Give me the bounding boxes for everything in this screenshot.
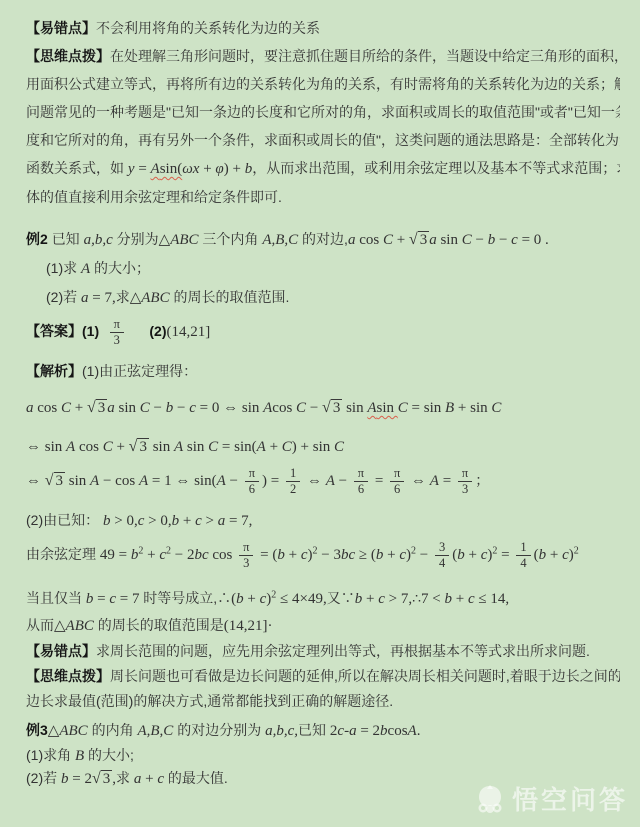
math-run: C <box>208 439 218 455</box>
example2-statement: 例2 已知 a,b,c 分别为△ABC 三个内角 A,B,C 的对边,a cos… <box>26 225 620 254</box>
math-run: C <box>398 400 408 416</box>
math-run: + <box>465 547 481 563</box>
fraction: π6 <box>354 466 368 497</box>
math-run: A,B,C <box>262 232 298 248</box>
math-run: ⇔ sin <box>26 439 66 455</box>
math-run: (14,21] <box>167 324 211 340</box>
math-run: b <box>236 591 244 607</box>
text-run: ，从而求出范围，或利用余弦定理以及基本不等式求范围；求具 <box>252 160 620 176</box>
math-run: b <box>103 513 111 529</box>
radicand: 3 <box>331 399 343 416</box>
math-run: ) = <box>262 473 283 489</box>
text-run: 三个内角 <box>199 231 263 247</box>
text-run: 当且仅当 <box>26 590 86 606</box>
text-run: 的内角 <box>88 722 138 738</box>
math-run: A <box>90 473 99 489</box>
math-run: sin( <box>160 161 183 177</box>
example3-statement: 例3△ABC 的内角 A,B,C 的对边分别为 a,b,c,已知 2c-a = … <box>26 718 620 744</box>
math-run: ⇔ <box>26 473 45 489</box>
text-run: 由余弦定理 <box>26 546 100 562</box>
math-run: A <box>81 261 90 277</box>
math-run: = 1 ⇔ sin( <box>148 473 216 489</box>
math-run: cos <box>75 439 103 455</box>
fraction-numerator: π <box>247 466 257 481</box>
radicand: 3 <box>101 770 113 787</box>
analysis-heading: 【解析】(1)由正弦定理得： <box>26 357 620 385</box>
text-run: 的周长的取值范围是 <box>94 617 224 633</box>
math-run: a <box>107 400 115 416</box>
bold-label: (2) <box>149 323 166 339</box>
math-run: sin <box>149 439 174 455</box>
math-run: = <box>371 473 387 489</box>
math-run: a <box>429 232 437 248</box>
fraction-denominator: 4 <box>435 555 449 571</box>
fraction-denominator: 6 <box>245 481 259 497</box>
math-run: C <box>103 439 113 455</box>
math-run: = 0 ⇔ sin <box>196 400 263 416</box>
math-run: + <box>285 547 301 563</box>
math-run: c <box>468 591 475 607</box>
math-run: b <box>457 547 465 563</box>
sqrt-expression: √3 <box>129 439 149 455</box>
fraction: 34 <box>435 540 449 571</box>
math-run: A <box>367 400 376 416</box>
math-run: c <box>159 547 166 563</box>
math-run: − <box>495 232 511 248</box>
math-run: b <box>172 513 180 529</box>
math-run: sin <box>115 400 140 416</box>
math-run: A <box>257 439 266 455</box>
wukong-logo-icon <box>474 783 506 815</box>
math-run: − <box>306 400 322 416</box>
math-run: sin <box>377 400 398 416</box>
math-run: B <box>75 748 84 764</box>
math-run: . <box>417 723 421 739</box>
math-run: sin <box>342 400 367 416</box>
sqrt-expression: √3 <box>45 473 65 489</box>
formula-line-2: ⇔ sin A cos C + √3 sin A sin C = sin(A +… <box>26 432 620 461</box>
bold-label: 【易错点】 <box>26 643 96 659</box>
tip-paragraph-line-5: 函数关系式，如 y = Asin(ωx + φ) + b，从而求出范围，或利用余… <box>26 154 620 183</box>
text-run: 已知 <box>52 231 84 247</box>
text-run: (2)若 <box>26 770 61 786</box>
radical-icon: √ <box>92 770 101 787</box>
text-run: 的对边分别为 <box>173 722 265 738</box>
math-run: C <box>383 232 393 248</box>
math-run: b <box>380 723 388 739</box>
text-run: 周长问题也可看做是边长问题的延伸,所以在解决周长相关问题时,着眼于边长之间的关系… <box>110 668 620 684</box>
math-run: + <box>143 547 159 563</box>
text-run: ∴ <box>412 590 421 606</box>
math-run: − <box>226 473 242 489</box>
math-run: y <box>128 161 135 177</box>
bold-label: 【思维点拨】 <box>26 48 110 64</box>
math-run: + <box>141 771 157 787</box>
tip-paragraph-line-3: 问题常见的一种考题是"已知一条边的长度和它所对的角，求面积或周长的取值范围"或者… <box>26 98 620 126</box>
fraction-denominator: 2 <box>286 481 300 497</box>
math-run: c <box>189 400 196 416</box>
math-run: b <box>277 547 285 563</box>
text-run: (1)由正弦定理得： <box>82 363 197 379</box>
math-run: + <box>362 591 378 607</box>
math-run: A <box>430 473 439 489</box>
math-run: a,b,c <box>84 232 113 248</box>
math-run: △ <box>48 723 60 739</box>
math-run: c <box>378 591 385 607</box>
radicand: 3 <box>96 399 108 416</box>
text-run: (1)求 <box>46 260 81 276</box>
math-run: + <box>71 400 87 416</box>
text-run: 的周长的取值范围. <box>170 289 290 305</box>
math-run: + <box>244 591 260 607</box>
example2-part2: (2)若 a = 7,求△ABC 的周长的取值范围. <box>26 283 620 312</box>
tip-paragraph-line-2: 用面积公式建立等式，再将所有边的关系转化为角的关系，有时需将角的关系转化为边的关… <box>26 70 620 98</box>
text-run: 边长求最值(范围)的解决方式,通常都能找到正确的解题途径. <box>26 693 393 709</box>
math-run: − <box>173 400 189 416</box>
math-run: − <box>150 400 166 416</box>
math-run: b <box>61 771 69 787</box>
text-run: 已知 <box>298 722 330 738</box>
math-run: ABC <box>59 723 87 739</box>
math-run: + <box>179 513 195 529</box>
math-run: = sin <box>408 400 445 416</box>
fraction-denominator: 3 <box>110 332 124 348</box>
text-run: 在处理解三角形问题时，要注意抓住题目所给的条件，当题设中给定三角形的面积，可以使 <box>110 48 620 64</box>
math-run: A,B,C <box>137 723 173 739</box>
math-run: + <box>266 439 282 455</box>
tip-paragraph-line-1: 【思维点拨】在处理解三角形问题时，要注意抓住题目所给的条件，当题设中给定三角形的… <box>26 42 620 70</box>
math-run: + <box>393 232 409 248</box>
bold-label: 【解析】 <box>26 363 82 379</box>
math-run: △ <box>159 232 171 248</box>
math-run: ⇔ <box>303 473 326 489</box>
text-run: 的大小； <box>90 260 150 276</box>
math-run: a <box>349 723 357 739</box>
math-run: = <box>135 161 151 177</box>
text-run: 分别为 <box>113 231 159 247</box>
heading-error-point-2: 【易错点】求周长范围的问题，应先用余弦定理列出等式，再根据基本不等式求出所求问题… <box>26 639 620 664</box>
math-run: c <box>399 547 406 563</box>
radical-icon: √ <box>322 399 331 416</box>
math-run: sin <box>437 232 462 248</box>
radicand: 3 <box>418 231 430 248</box>
fraction-numerator: π <box>356 466 366 481</box>
radicand: 3 <box>54 472 66 489</box>
math-run: = <box>497 547 513 563</box>
math-run: cos <box>355 232 383 248</box>
math-run: C <box>334 439 344 455</box>
bold-label: 例3 <box>26 722 48 738</box>
fraction-denominator: 6 <box>354 481 368 497</box>
text-run: (1)求角 <box>26 747 75 763</box>
math-run: bc <box>194 547 208 563</box>
math-run: (14,21]· <box>224 618 273 634</box>
math-run: ABC <box>66 618 94 634</box>
sqrt-expression: √3 <box>322 400 342 416</box>
radical-icon: √ <box>409 231 418 248</box>
math-run: = 2 <box>69 771 92 787</box>
math-run: 7 < <box>421 591 444 607</box>
heading-error-point-1: 【易错点】不会利用将角的关系转化为边的关系 <box>26 14 620 42</box>
math-run: △ <box>130 290 142 306</box>
math-run: + sin <box>454 400 491 416</box>
radical-icon: √ <box>45 472 54 489</box>
math-run: + <box>452 591 468 607</box>
math-run: A <box>139 473 148 489</box>
sqrt-expression: √3 <box>92 771 112 787</box>
math-run: ) + <box>224 161 245 177</box>
fraction-numerator: 3 <box>437 540 447 555</box>
text-run: 求 <box>116 770 134 786</box>
math-run: c <box>301 547 308 563</box>
math-run: ≤ 4×49, <box>276 591 326 607</box>
text-run: 的对边, <box>298 231 348 247</box>
math-run: ≥ ( <box>355 547 376 563</box>
math-run: A <box>217 473 226 489</box>
math-run: − 2 <box>171 547 194 563</box>
math-run: sin <box>65 473 90 489</box>
math-run: c <box>511 232 518 248</box>
math-run: > <box>202 513 218 529</box>
fraction-numerator: π <box>112 317 122 332</box>
math-run: △ <box>54 618 66 634</box>
fraction-numerator: π <box>241 540 251 555</box>
fraction-numerator: 1 <box>518 540 528 555</box>
sqrt-expression: √3 <box>87 400 107 416</box>
tip-paragraph-line-4: 度和它所对的角，再有另外一个条件，求面积或周长的值"，这类问题的通法思路是：全部… <box>26 126 620 154</box>
example2-part1: (1)求 A 的大小； <box>26 254 620 283</box>
math-run: b <box>539 547 547 563</box>
bold-label: 【答案】(1) <box>26 323 99 339</box>
document-body: 【易错点】不会利用将角的关系转化为边的关系【思维点拨】在处理解三角形问题时，要注… <box>0 0 640 790</box>
fraction-numerator: 1 <box>288 466 298 481</box>
math-run: ABC <box>141 290 169 306</box>
formula-line-1: a cos C + √3a sin C − b − c = 0 ⇔ sin Ac… <box>26 393 620 422</box>
radical-icon: √ <box>87 399 96 416</box>
math-run: φ <box>215 161 223 177</box>
math-run: − <box>416 547 432 563</box>
bold-label: 【思维点拨】 <box>26 668 110 684</box>
text-run: 时等号成立,∴ <box>143 590 231 606</box>
math-run: − 3 <box>318 547 341 563</box>
math-run: ABC <box>170 232 198 248</box>
math-run: ⇔ <box>407 473 430 489</box>
math-run: C <box>462 232 472 248</box>
tip2-paragraph-line-1: 【思维点拨】周长问题也可看做是边长问题的延伸,所以在解决周长相关问题时,着眼于边… <box>26 664 620 689</box>
math-run: c <box>562 547 569 563</box>
math-run: ≤ 14, <box>475 591 509 607</box>
bold-label: 【易错点】 <box>26 20 96 36</box>
fraction: π6 <box>390 466 404 497</box>
math-run: > 0, <box>111 513 138 529</box>
text-run: 体的值直接利用余弦定理和给定条件即可. <box>26 189 282 205</box>
text-run: 又∵ <box>327 590 355 606</box>
math-run: = ( <box>256 547 277 563</box>
text-run: 用面积公式建立等式，再将所有边的关系转化为角的关系，有时需将角的关系转化为边的关… <box>26 76 620 92</box>
math-run: = 2 <box>357 723 380 739</box>
math-run: a <box>81 290 89 306</box>
math-run: a,b,c, <box>265 723 298 739</box>
math-run: = 7, <box>89 290 116 306</box>
superscript: 2 <box>574 546 579 557</box>
formula-cosine-rule: 由余弦定理 49 = b2 + c2 − 2bc cos π3 = (b + c… <box>26 535 620 576</box>
bold-label: 例2 <box>26 231 52 247</box>
fraction-denominator: 6 <box>390 481 404 497</box>
example3-part1: (1)求角 B 的大小; <box>26 744 620 767</box>
math-run: > 0, <box>144 513 171 529</box>
math-run: 49 = <box>100 547 131 563</box>
radicand: 3 <box>137 438 149 455</box>
math-run: + <box>546 547 562 563</box>
text-run: 求 <box>116 289 130 305</box>
sqrt-expression: √3 <box>409 232 429 248</box>
fraction: π3 <box>458 466 472 497</box>
math-run: cos <box>34 400 62 416</box>
math-run: ) + sin <box>292 439 334 455</box>
math-run: C <box>296 400 306 416</box>
fraction-denominator: 4 <box>516 555 530 571</box>
math-run: > 7, <box>385 591 412 607</box>
fraction-numerator: π <box>392 466 402 481</box>
fraction: π6 <box>245 466 259 497</box>
math-run: + <box>383 547 399 563</box>
text-run: 求周长范围的问题，应先用余弦定理列出等式，再根据基本不等式求出所求问题. <box>96 643 590 659</box>
math-run: = 0 . <box>518 232 549 248</box>
solution-equality-condition: 当且仅当 b = c = 7 时等号成立,∴(b + c)2 ≤ 4×49,又∵… <box>26 584 620 613</box>
math-run: = <box>439 473 455 489</box>
math-run <box>99 324 107 340</box>
answer-line: 【答案】(1) π3 (2)(14,21] <box>26 312 620 353</box>
math-run: a <box>26 400 34 416</box>
text-run: 的大小; <box>84 747 134 763</box>
math-run: A <box>66 439 75 455</box>
math-run: + <box>199 161 215 177</box>
math-run: = <box>93 591 109 607</box>
fraction-denominator: 3 <box>458 481 472 497</box>
fraction-denominator: 3 <box>239 555 253 571</box>
text-run: 度和它所对的角，再有另外一个条件，求面积或周长的值"，这类问题的通法思路是：全部… <box>26 132 620 148</box>
text-run: 函数关系式，如 <box>26 160 128 176</box>
solution-part2-given: (2)由已知： b > 0,c > 0,b + c > a = 7, <box>26 506 620 535</box>
math-run: c <box>195 513 202 529</box>
math-run: − cos <box>99 473 139 489</box>
math-run: b <box>444 591 452 607</box>
math-run: − <box>472 232 488 248</box>
math-run: cos <box>272 400 296 416</box>
math-run: C <box>282 439 292 455</box>
math-run: bc <box>341 547 355 563</box>
math-run: = sin( <box>218 439 256 455</box>
formula-line-3: ⇔ √3 sin A − cos A = 1 ⇔ sin(A − π6) = 1… <box>26 461 620 502</box>
fraction: π3 <box>239 540 253 571</box>
text-run: 的最大值. <box>164 770 228 786</box>
text-run: (2)由已知： <box>26 512 103 528</box>
math-run: A <box>326 473 335 489</box>
math-run: − <box>335 473 351 489</box>
math-run: A <box>263 400 272 416</box>
math-run: C <box>491 400 501 416</box>
text-run: (2)若 <box>46 289 81 305</box>
watermark-text: 悟空问答 <box>512 780 628 817</box>
fraction-numerator: π <box>460 466 470 481</box>
math-run: A <box>408 723 417 739</box>
text-run: 从而 <box>26 617 54 633</box>
math-run: = 7 <box>116 591 143 607</box>
math-run: A <box>174 439 183 455</box>
text-run: 不会利用将角的关系转化为边的关系 <box>96 20 320 36</box>
fraction: 14 <box>516 540 530 571</box>
math-run: sin <box>183 439 208 455</box>
math-run: C <box>61 400 71 416</box>
math-run: B <box>445 400 454 416</box>
math-run: cos <box>209 547 237 563</box>
tip-paragraph-line-6: 体的值直接利用余弦定理和给定条件即可. <box>26 183 620 211</box>
math-run: + <box>113 439 129 455</box>
math-run <box>127 324 150 340</box>
fraction: 12 <box>286 466 300 497</box>
math-run: C <box>140 400 150 416</box>
tip2-paragraph-line-2: 边长求最值(范围)的解决方式,通常都能找到正确的解题途径. <box>26 689 620 714</box>
solution-conclusion: 从而△ABC 的周长的取值范围是(14,21]· <box>26 613 620 639</box>
text-run: ； <box>475 472 489 488</box>
math-run: A <box>151 161 160 177</box>
text-run: 问题常见的一种考题是"已知一条边的长度和它所对的角，求面积或周长的取值范围"或者… <box>26 104 620 120</box>
fraction: π3 <box>110 317 124 348</box>
math-run: ωx <box>182 161 199 177</box>
wukong-watermark: 悟空问答 <box>474 780 628 817</box>
math-run: cos <box>388 723 408 739</box>
math-run: = 7, <box>225 513 252 529</box>
